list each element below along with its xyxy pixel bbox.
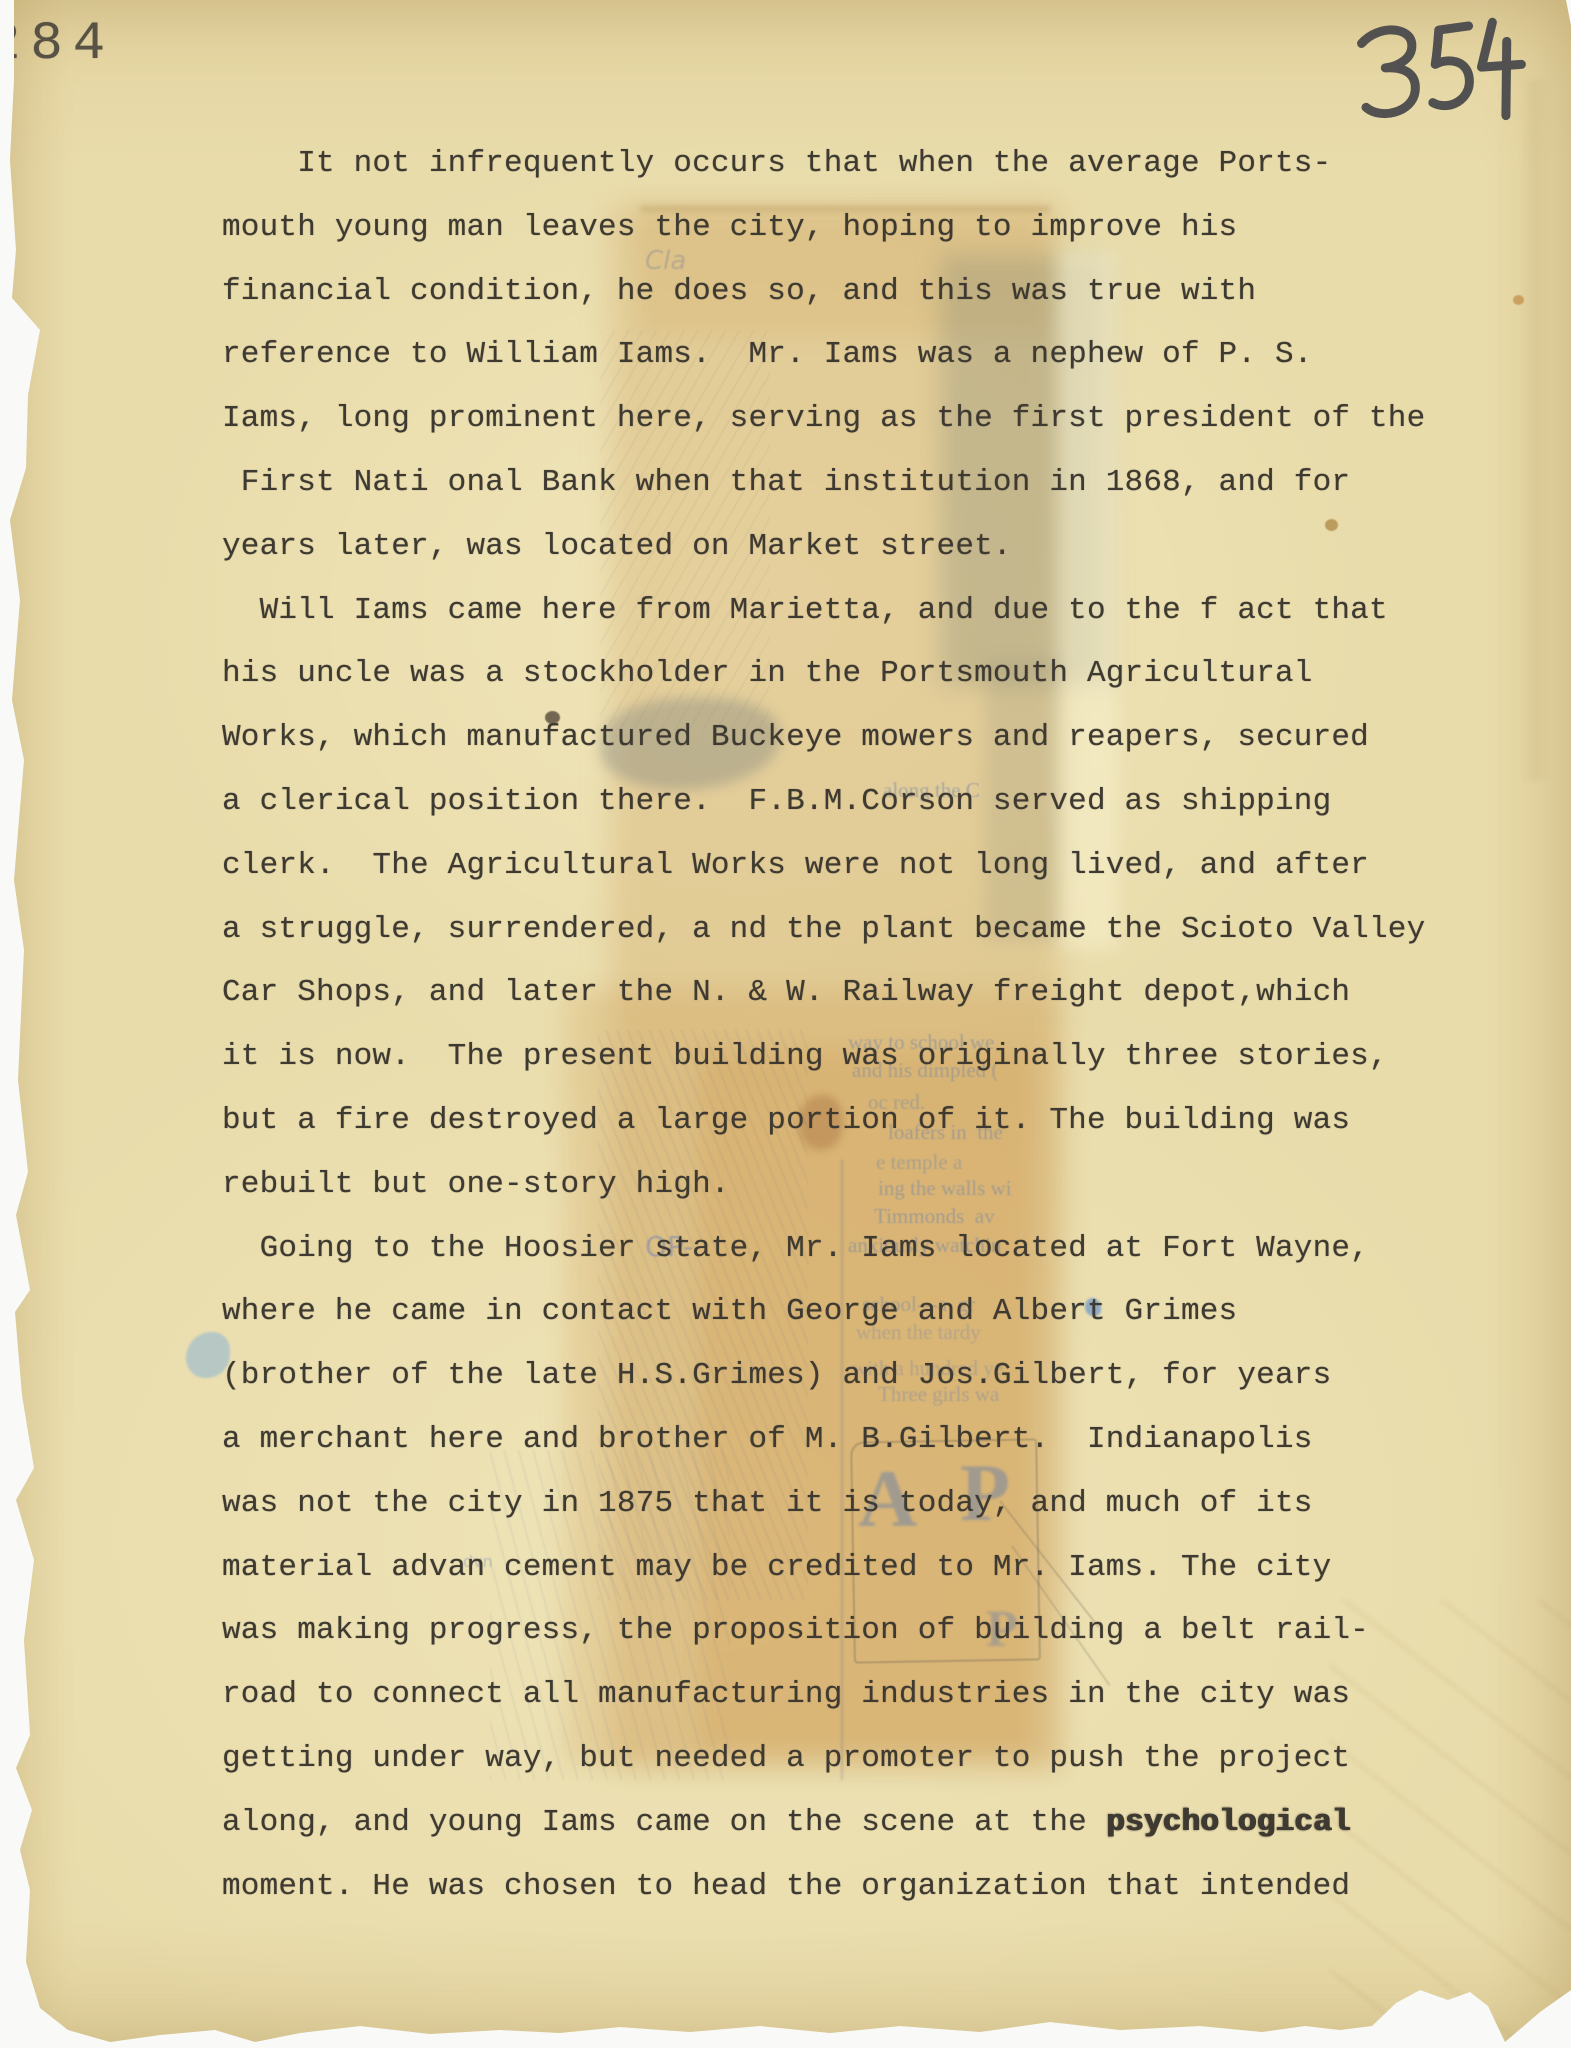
typed-line: Will Iams came here from Marietta, and d… (222, 579, 1425, 643)
typed-line: First Nati onal Bank when that instituti… (222, 451, 1425, 515)
typed-line: It not infrequently occurs that when the… (222, 132, 1425, 196)
typed-line: moment. He was chosen to head the organi… (222, 1855, 1425, 1919)
typed-line: road to connect all manufacturing indust… (222, 1663, 1425, 1727)
typed-line: financial condition, he does so, and thi… (222, 260, 1425, 324)
typed-line: getting under way, but needed a promoter… (222, 1727, 1425, 1791)
typed-line: Going to the Hoosier state, Mr. Iams loc… (222, 1217, 1425, 1281)
typed-line: along, and young Iams came on the scene … (222, 1791, 1425, 1855)
page-number-typed: 284 (0, 14, 115, 75)
typed-text-block: It not infrequently occurs that when the… (222, 132, 1425, 1918)
typed-line: a clerical position there. F.B.M.Corson … (222, 770, 1425, 834)
typed-line: a struggle, surrendered, a nd the plant … (222, 898, 1425, 962)
typed-line: clerk. The Agricultural Works were not l… (222, 834, 1425, 898)
handwritten-354-glyphs (1342, 10, 1540, 143)
typed-line: mouth young man leaves the city, hoping … (222, 196, 1425, 260)
typed-line: years later, was located on Market stree… (222, 515, 1425, 579)
typed-line: Car Shops, and later the N. & W. Railway… (222, 961, 1425, 1025)
typed-line: where he came in contact with George and… (222, 1280, 1425, 1344)
typed-line: reference to William Iams. Mr. Iams was … (222, 323, 1425, 387)
typed-line: was not the city in 1875 that it is toda… (222, 1472, 1425, 1536)
typed-line: a merchant here and brother of M. B.Gilb… (222, 1408, 1425, 1472)
typed-line: (brother of the late H.S.Grimes) and Jos… (222, 1344, 1425, 1408)
scanner-background: { "page": { "typed_number": "284", "hand… (0, 0, 1571, 2048)
typed-line: material advan cement may be credited to… (222, 1536, 1425, 1600)
typed-line: Works, which manufactured Buckeye mowers… (222, 706, 1425, 770)
typed-line: his uncle was a stockholder in the Ports… (222, 642, 1425, 706)
typed-line: Iams, long prominent here, serving as th… (222, 387, 1425, 451)
vertical-crease (1520, 80, 1550, 780)
typed-line: rebuilt but one-story high. (222, 1153, 1425, 1217)
document-page: along the Cway to school weand his dimpl… (0, 0, 1571, 2048)
foxing-speck (1513, 295, 1524, 305)
typed-line: was making progress, the proposition of … (222, 1599, 1425, 1663)
typed-line: but a fire destroyed a large portion of … (222, 1089, 1425, 1153)
page-number-handwritten (1342, 10, 1540, 143)
typed-line: it is now. The present building was orig… (222, 1025, 1425, 1089)
overstruck-word: psychological (1106, 1805, 1350, 1840)
